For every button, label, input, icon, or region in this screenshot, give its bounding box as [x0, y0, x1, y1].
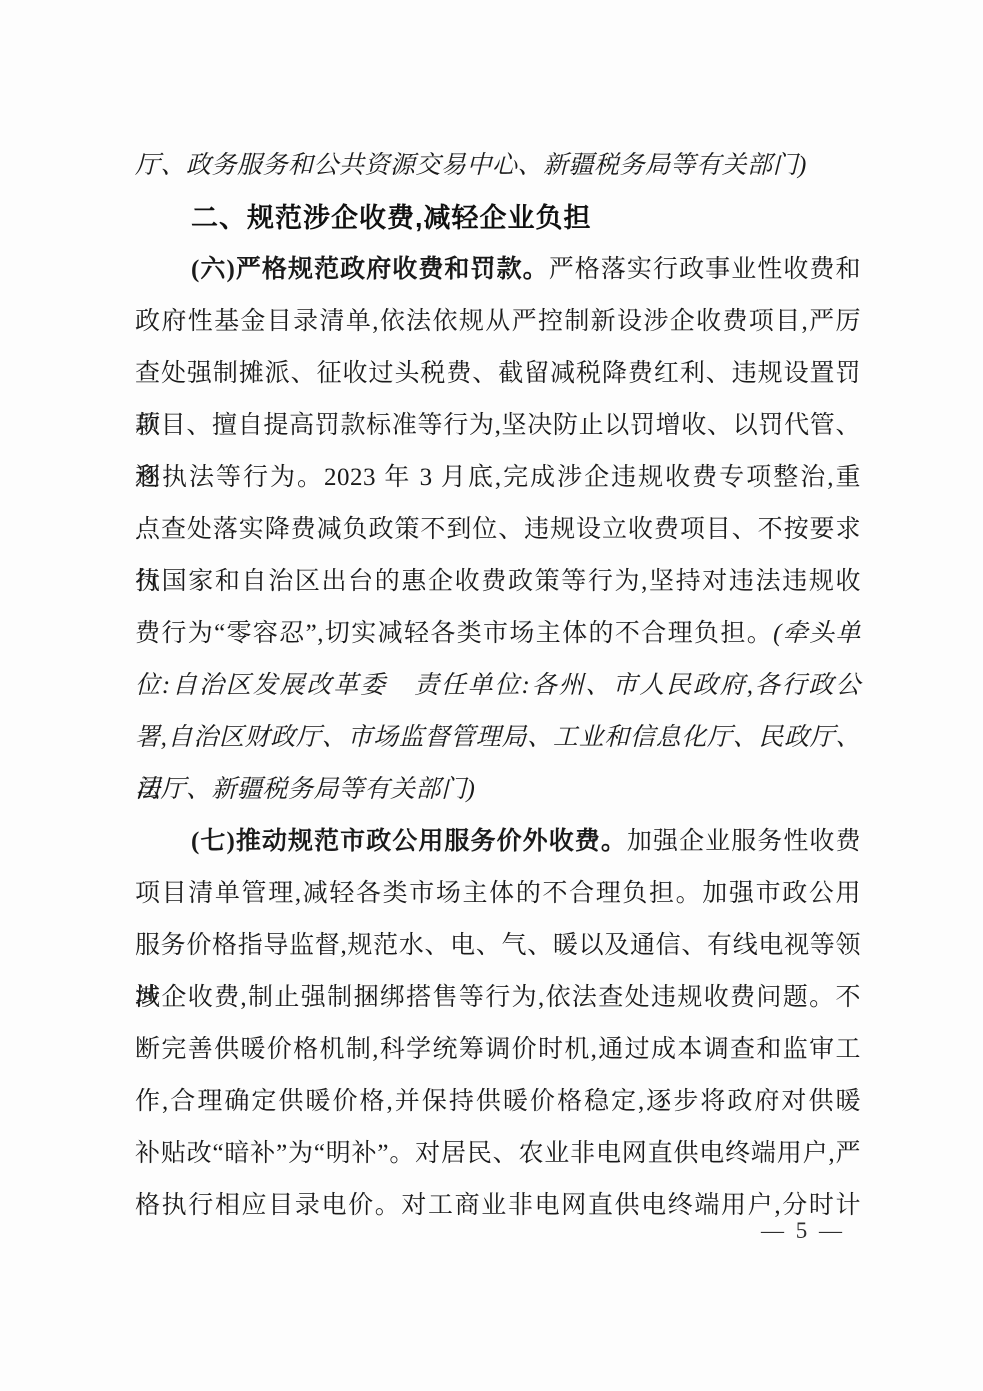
para-6-line-7: 行国家和自治区出台的惠企收费政策等行为,坚持对违法违规收 — [135, 556, 861, 608]
line-prev-paragraph-tail: 厅、政务服务和公共资源交易中心、新疆税务局等有关部门) — [135, 140, 861, 192]
para-6-line-5: 利执法等行为。2023 年 3 月底,完成涉企违规收费专项整治,重 — [135, 452, 861, 504]
text-segment-body: 政府性基金目录清单,依法依规从严控制新设涉企收费项目,严厉 — [135, 308, 861, 335]
text-segment-body: 断完善供暖价格机制,科学统筹调价时机,通过成本调查和监审工 — [135, 1036, 861, 1063]
text-segment-kaiti: (牵头单 — [773, 620, 861, 647]
para-6-line-1: (六)严格规范政府收费和罚款。严格落实行政事业性收费和 — [135, 244, 861, 296]
text-segment-bold: (七)推动规范市政公用服务价外收费。 — [191, 828, 627, 855]
para-6-line-4: 项目、擅自提高罚款标准等行为,坚决防止以罚增收、以罚代管、逐 — [135, 400, 861, 452]
text-segment-body: 利执法等行为。2023 年 3 月底,完成涉企违规收费专项整治,重 — [135, 464, 861, 491]
para-6-line-10: 署,自治区财政厅、市场监督管理局、工业和信息化厅、民政厅、司 — [135, 712, 861, 764]
text-segment-body: 行国家和自治区出台的惠企收费政策等行为,坚持对违法违规收 — [135, 568, 861, 595]
para-7-line-5: 断完善供暖价格机制,科学统筹调价时机,通过成本调查和监审工 — [135, 1024, 861, 1076]
text-segment-kaiti: 位:自治区发展改革委 责任单位:各州、市人民政府,各行政公 — [135, 672, 861, 699]
para-7-line-4: 涉企收费,制止强制捆绑搭售等行为,依法查处违规收费问题。不 — [135, 972, 861, 1024]
page-number: — 5 — — [761, 1218, 845, 1244]
document-body: 厅、政务服务和公共资源交易中心、新疆税务局等有关部门)二、规范涉企收费,减轻企业… — [135, 140, 861, 1232]
para-6-line-2: 政府性基金目录清单,依法依规从严控制新设涉企收费项目,严厉 — [135, 296, 861, 348]
text-segment-body: 格执行相应目录电价。对工商业非电网直供电终端用户,分时计 — [135, 1192, 861, 1219]
text-segment-bold: (六)严格规范政府收费和罚款。 — [191, 256, 549, 283]
text-segment-body: 加强企业服务性收费 — [627, 828, 861, 855]
para-6-line-11: 法厅、新疆税务局等有关部门) — [135, 764, 861, 816]
text-segment-heading: 二、规范涉企收费,减轻企业负担 — [191, 203, 592, 233]
text-segment-body: 严格落实行政事业性收费和 — [549, 256, 861, 283]
para-6-line-3: 查处强制摊派、征收过头税费、截留减税降费红利、违规设置罚款 — [135, 348, 861, 400]
para-7-line-6: 作,合理确定供暖价格,并保持供暖价格稳定,逐步将政府对供暖 — [135, 1076, 861, 1128]
para-7-line-3: 服务价格指导监督,规范水、电、气、暖以及通信、有线电视等领域 — [135, 920, 861, 972]
text-segment-body: 补贴改“暗补”为“明补”。对居民、农业非电网直供电终端用户,严 — [135, 1140, 861, 1167]
para-6-line-6: 点查处落实降费减负政策不到位、违规设立收费项目、不按要求执 — [135, 504, 861, 556]
scanned-document-page: 厅、政务服务和公共资源交易中心、新疆税务局等有关部门)二、规范涉企收费,减轻企业… — [0, 0, 983, 1391]
para-7-line-1: (七)推动规范市政公用服务价外收费。加强企业服务性收费 — [135, 816, 861, 868]
para-7-line-8: 格执行相应目录电价。对工商业非电网直供电终端用户,分时计 — [135, 1180, 861, 1232]
para-6-line-8: 费行为“零容忍”,切实减轻各类市场主体的不合理负担。(牵头单 — [135, 608, 861, 660]
para-7-line-2: 项目清单管理,减轻各类市场主体的不合理负担。加强市政公用 — [135, 868, 861, 920]
text-segment-body: 涉企收费,制止强制捆绑搭售等行为,依法查处违规收费问题。不 — [135, 984, 861, 1011]
text-segment-body: 项目清单管理,减轻各类市场主体的不合理负担。加强市政公用 — [135, 880, 861, 907]
section-heading: 二、规范涉企收费,减轻企业负担 — [135, 192, 861, 244]
para-7-line-7: 补贴改“暗补”为“明补”。对居民、农业非电网直供电终端用户,严 — [135, 1128, 861, 1180]
text-segment-kaiti: 厅、政务服务和公共资源交易中心、新疆税务局等有关部门) — [135, 152, 807, 179]
text-segment-kaiti: 法厅、新疆税务局等有关部门) — [135, 776, 475, 803]
text-segment-body: 作,合理确定供暖价格,并保持供暖价格稳定,逐步将政府对供暖 — [135, 1088, 861, 1115]
para-6-line-9: 位:自治区发展改革委 责任单位:各州、市人民政府,各行政公 — [135, 660, 861, 712]
text-segment-body: 费行为“零容忍”,切实减轻各类市场主体的不合理负担。 — [135, 620, 773, 647]
